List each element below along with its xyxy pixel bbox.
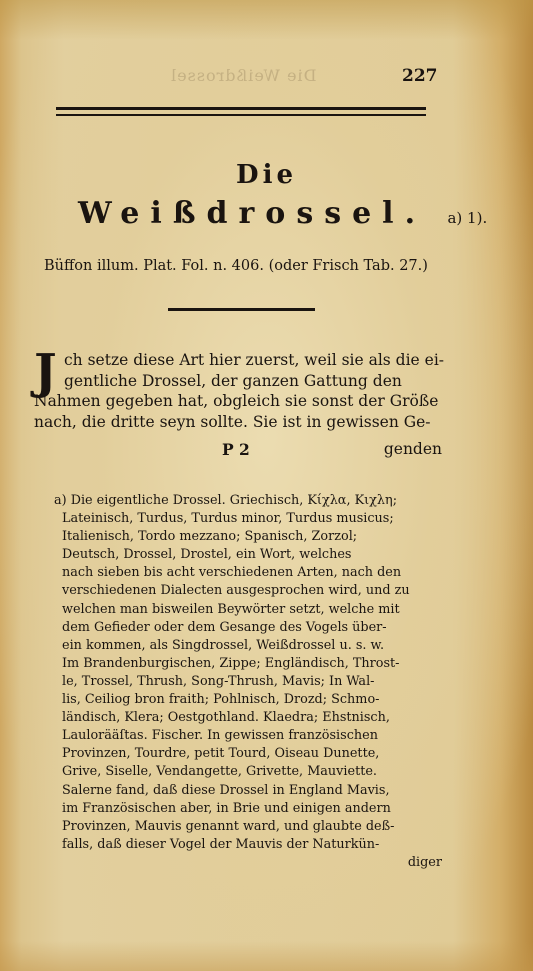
footnote-line: welchen man bisweilen Beywörter setzt, w…	[62, 601, 442, 619]
subtitle-reference: Büffon illum. Plat. Fol. n. 406. (oder F…	[44, 258, 428, 274]
section-divider	[168, 308, 315, 311]
footnote-line: nach sieben bis acht verschiedenen Arten…	[62, 564, 442, 582]
header-double-rule	[56, 107, 426, 116]
footnote-line: lis, Ceiliog bron fraith; Pohlnisch, Dro…	[62, 691, 442, 709]
footnote-line: Im Brandenburgischen, Zippe; Engländisch…	[62, 655, 442, 673]
text-line: ch setze diese Art hier zuerst, weil sie…	[34, 350, 442, 371]
footnote-line: ein kommen, als Singdrossel, Weißdrossel…	[62, 637, 442, 655]
footnote-line: verschiedenen Dialecten ausgesprochen wi…	[62, 582, 442, 600]
footnote-line: Provinzen, Mauvis genannt ward, und glau…	[62, 818, 442, 836]
title-text: Weißdrossel.	[78, 196, 426, 231]
footnote-line: Laulorääſtas. Fischer. In gewissen franz…	[62, 727, 442, 745]
footnote-line: ländisch, Klera; Oestgothland. Klaedra; …	[62, 709, 442, 727]
catchword: genden	[384, 440, 442, 458]
footnote-line: dem Gefieder oder dem Gesange des Vogels…	[62, 619, 442, 637]
page-footer-line: P 2 genden	[34, 440, 442, 462]
footnote: a) Die eigentliche Drossel. Griechisch, …	[62, 492, 442, 872]
footnote-line: falls, daß dieser Vogel der Mauvis der N…	[62, 836, 442, 854]
footnote-refs: a) 1).	[447, 209, 487, 227]
bleed-through-text: Die Weißdrossel	[170, 66, 316, 85]
footnote-line: Deutsch, Drossel, Drostel, ein Wort, wel…	[62, 546, 442, 564]
title-article: Die	[0, 160, 533, 190]
text-line: gentliche Drossel, der ganzen Gattung de…	[34, 371, 442, 392]
book-page: Die Weißdrossel 227 Die Weißdrossel. a) …	[0, 0, 533, 971]
page-title: Weißdrossel. a) 1).	[78, 196, 487, 231]
signature-mark: P 2	[222, 440, 250, 459]
footnote-line: a) Die eigentliche Drossel. Griechisch, …	[54, 492, 442, 510]
footnote-catchword: diger	[62, 854, 442, 872]
footnote-line: le, Trossel, Thrush, Song-Thrush, Mavis;…	[62, 673, 442, 691]
footnote-line: Grive, Siselle, Vendangette, Grivette, M…	[62, 763, 442, 781]
footnote-line: Provinzen, Tourdre, petit Tourd, Oiseau …	[62, 745, 442, 763]
page-number: 227	[402, 66, 438, 86]
footnote-line: im Französischen aber, in Brie und einig…	[62, 800, 442, 818]
footnote-line: Italienisch, Tordo mezzano; Spanisch, Zo…	[62, 528, 442, 546]
text-line: nach, die dritte seyn sollte. Sie ist in…	[34, 412, 442, 433]
footnote-line: Lateinisch, Turdus, Turdus minor, Turdus…	[62, 510, 442, 528]
intro-paragraph: J ch setze diese Art hier zuerst, weil s…	[34, 350, 442, 432]
footnote-line: Salerne fand, daß diese Drossel in Engla…	[62, 782, 442, 800]
text-line: Nahmen gegeben hat, obgleich sie sonst d…	[34, 391, 442, 412]
drop-cap: J	[34, 352, 57, 392]
